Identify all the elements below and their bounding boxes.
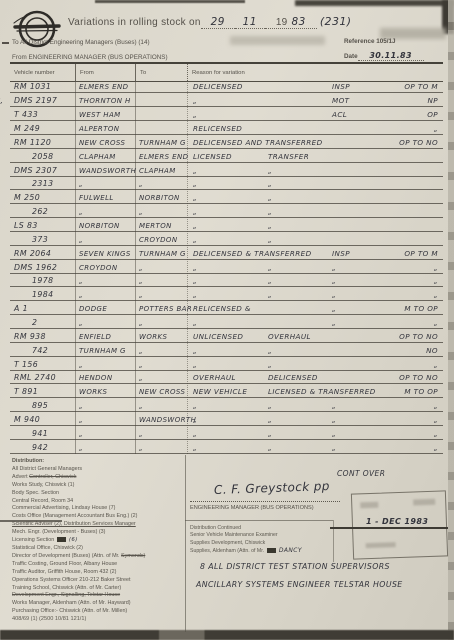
reason-text: UNLICENSED — [193, 332, 243, 341]
reason-text: LICENSED — [193, 152, 232, 161]
cont-over-note: CONT OVER — [337, 469, 385, 478]
reason-note: „ — [268, 207, 272, 216]
from-location: ENFIELD — [79, 333, 111, 341]
signature-line — [190, 501, 340, 502]
vehicle-number: A 1 — [14, 304, 28, 313]
table-row: t,DMS 2197THORNTON H„MOTNP — [10, 93, 443, 107]
status-note: „ — [434, 360, 438, 369]
to-location: „ — [139, 402, 143, 410]
reason-text: DELICENSED — [193, 82, 243, 91]
table-row: 895„„„„„„ — [10, 398, 443, 412]
from-location: DODGE — [79, 305, 107, 313]
reason-text: OVERHAUL — [193, 373, 236, 382]
distribution-item-text: Senior Vehicle Maintenance Examiner — [190, 532, 278, 538]
to-location: „ — [139, 347, 143, 355]
date-value: 30.11.83 — [369, 51, 412, 60]
reason-text: „ — [193, 360, 197, 369]
to-location: TURNHAM G — [139, 250, 186, 258]
status-note: OP TO NO — [399, 332, 438, 341]
reason-text: „ — [193, 276, 197, 285]
scan-artifact — [0, 630, 454, 640]
signature: C. F. Greystock pp — [214, 479, 330, 497]
reason-note: „ — [268, 443, 272, 452]
handwritten-note: ANCILLARY SYSTEMS ENGINEER TELSTAR HOUSE — [196, 580, 403, 589]
vehicle-number: DMS 2307 — [14, 166, 57, 175]
distribution-list: Distribution: All District General Manag… — [12, 458, 184, 616]
table-row: 941„„„„„„ — [10, 426, 443, 440]
status-note: „ — [434, 443, 438, 452]
distribution-item-text: Scientific Adviser (2), Distribution Ser… — [12, 521, 136, 527]
col-header-reason: Reason for variation — [187, 64, 443, 81]
status-note: „ — [434, 318, 438, 327]
to-location: „ — [139, 180, 143, 188]
vehicle-number: DMS 2197 — [14, 96, 57, 105]
distribution-item-text: Supplies, Aldenham (Attn. of Mr. — [190, 548, 266, 554]
vehicle-number: 895 — [32, 401, 48, 410]
col-header-from: From — [75, 64, 135, 81]
vehicle-number: M 249 — [14, 124, 40, 133]
distribution-item-text: Operations Systems Officer 210-212 Baker… — [12, 577, 131, 583]
reason-code: „ — [332, 304, 336, 313]
reason-code: „ — [332, 415, 336, 424]
table-row: RM 1120NEW CROSSTURNHAM GDELICENSED AND … — [10, 135, 443, 149]
reason-text: DELICENSED AND TRANSFERRED — [193, 138, 323, 147]
vehicle-number: 941 — [32, 429, 48, 438]
form-code: 408/69 (1) (2500 10/81 121/1) — [12, 616, 86, 622]
struck-text: Controller, Chiswick — [29, 474, 76, 480]
distribution-item-text: Body Spec. Section — [12, 490, 59, 496]
table-row: 373„CROYDON„„ — [10, 232, 443, 246]
from-location: SEVEN KINGS — [79, 250, 131, 258]
reason-code: „ — [332, 318, 336, 327]
scan-artifact — [442, 0, 454, 34]
vehicle-number: 2058 — [32, 152, 53, 161]
from-location: „ — [79, 277, 83, 285]
reason-text: DELICENSED & TRANSFERRED — [193, 249, 312, 258]
status-note: „ — [434, 415, 438, 424]
status-note: M TO OP — [404, 304, 438, 313]
margin-mark: t, — [0, 96, 3, 105]
reason-note: „ — [268, 166, 272, 175]
struck-text: Development Engr., Signalling, Telstar H… — [12, 592, 120, 598]
reason-code: „ — [332, 443, 336, 452]
distribution-item-text: Commercial Advertising, Lindsay House (7… — [12, 505, 115, 511]
reason-note: „ — [268, 263, 272, 272]
distribution-item-text: Statistical Office, Chiswick (2) — [12, 545, 83, 551]
vehicle-number: LS 83 — [14, 221, 38, 230]
vehicle-number: RM 938 — [14, 332, 46, 341]
vehicle-number: DMS 1962 — [14, 263, 57, 272]
handwritten-note: 8 ALL DISTRICT TEST STATION SUPERVISORS — [200, 562, 390, 571]
reason-note: DELICENSED — [268, 373, 318, 382]
reference: Reference 105/1J — [344, 38, 395, 45]
distribution-item: Licensing Section (6) — [12, 537, 184, 545]
distribution-continued-title: Distribution Continued — [190, 525, 332, 532]
distribution-title: Distribution: — [12, 458, 184, 466]
distribution-item-text: Training School, Chiswick (Attn. of Mr. … — [12, 585, 121, 591]
reason-code: INSP — [332, 249, 350, 258]
distribution-item-text: Director of Development (Buses) (Attn. o… — [12, 553, 121, 559]
ink-blot — [267, 548, 276, 553]
to-location: WORKS — [139, 333, 167, 341]
reason-text: „ — [193, 415, 197, 424]
vehicle-number: 942 — [32, 443, 48, 452]
distribution-item-text: All District General Managers — [12, 466, 82, 472]
to-location: CLAPHAM — [139, 167, 176, 175]
reason-text: RELICENSED — [193, 124, 242, 133]
scanned-document: Variations in rolling stock on29111983 (… — [0, 0, 454, 640]
reason-text: „ — [193, 235, 197, 244]
title-day: 29 — [211, 16, 225, 28]
reason-note: „ — [268, 179, 272, 188]
reason-text: „ — [193, 166, 197, 175]
reason-note: „ — [268, 290, 272, 299]
from-location: „ — [79, 236, 83, 244]
vehicle-number: RM 2064 — [14, 249, 51, 258]
from-location: „ — [79, 416, 83, 424]
reason-note: LICENSED & TRANSFERRED — [268, 387, 376, 396]
distribution-item: Supplies Development, Chiswick — [190, 540, 332, 547]
to-location: ELMERS END — [139, 153, 188, 161]
distribution-item: Supplies, Aldenham (Attn. of Mr. DANCY — [190, 547, 332, 555]
distribution-item: Costs Office (Management Accountant Bus … — [12, 513, 184, 521]
reason-code: „ — [332, 401, 336, 410]
reason-code: „ — [332, 429, 336, 438]
distribution-item: Scientific Adviser (2), Distribution Ser… — [12, 521, 184, 529]
reason-text: „ — [193, 290, 197, 299]
distribution-item-text: Costs Office (Management Accountant Bus … — [12, 513, 137, 519]
table-row: 1984„„„„„„ — [10, 287, 443, 301]
to-location: „ — [139, 374, 143, 382]
distribution-item: Central Record, Room 34 — [12, 498, 184, 506]
reason-code: MOT — [332, 96, 349, 105]
from-location: WANDSWORTH — [79, 167, 136, 175]
vehicle-number: RM 1031 — [14, 82, 51, 91]
distribution-item-text: Traffic Costing, Ground Floor, Albany Ho… — [12, 561, 117, 567]
reason-note: „ — [268, 346, 272, 355]
vehicle-number: 1978 — [32, 276, 53, 285]
distribution-item-text: Mech. Engr. (Development - Buses) (3) — [12, 529, 105, 535]
from-location: CLAPHAM — [79, 153, 116, 161]
status-note: OP TO NO — [399, 138, 438, 147]
title-month: 11 — [243, 16, 257, 28]
divider — [185, 520, 333, 521]
table-row: T 156„„„„„ — [10, 357, 443, 371]
to-location: „ — [139, 361, 143, 369]
to-location: TURNHAM G — [139, 139, 186, 147]
reason-note: „ — [268, 221, 272, 230]
reason-text: „ — [193, 318, 197, 327]
distribution-item: Mech. Engr. (Development - Buses) (3) — [12, 529, 184, 537]
distribution-item: Senior Vehicle Maintenance Examiner — [190, 532, 332, 539]
from-location: CROYDON — [79, 264, 117, 272]
vehicle-number: M 250 — [14, 193, 40, 202]
col-header-vehicle: Vehicle number — [10, 70, 75, 76]
distribution-item-text: Purchasing Office:- Chiswick (Attn. of M… — [12, 608, 127, 614]
status-note: „ — [434, 290, 438, 299]
scan-artifact — [448, 0, 454, 640]
distribution-item: Commercial Advertising, Lindsay House (7… — [12, 505, 184, 513]
from-location: ELMERS END — [79, 83, 128, 91]
distribution-item: Operations Systems Officer 210-212 Baker… — [12, 577, 184, 585]
vehicle-number: T 156 — [14, 360, 38, 369]
reason-text: „ — [193, 96, 197, 105]
distribution-item: Statistical Office, Chiswick (2) — [12, 545, 184, 553]
from-location: NEW CROSS — [79, 139, 125, 147]
table-row: 742TURNHAM G„„„NO — [10, 343, 443, 357]
reason-text: „ — [193, 193, 197, 202]
reason-note: „ — [268, 429, 272, 438]
reason-code: INSP — [332, 82, 350, 91]
vehicle-number: 2 — [32, 318, 37, 327]
to-location: „ — [139, 319, 143, 327]
to-location: „ — [139, 277, 143, 285]
to-location: NEW CROSS — [139, 388, 185, 396]
from-line: From ENGINEERING MANAGER (BUS OPERATIONS… — [12, 54, 168, 61]
from-location: „ — [79, 402, 83, 410]
from-location: ALPERTON — [79, 125, 119, 133]
table-row: M 250FULWELLNORBITON„„ — [10, 190, 443, 204]
vehicle-number: 1984 — [32, 290, 53, 299]
table-row: ·RML 2740HENDON„OVERHAULDELICENSEDOP TO … — [10, 371, 443, 385]
vehicle-number: RML 2740 — [14, 373, 56, 382]
reason-text: RELICENSED & — [193, 304, 251, 313]
vehicle-number: 373 — [32, 235, 48, 244]
scan-artifact — [95, 0, 245, 3]
distribution-item-text: Works Study, Chiswick (1) — [12, 482, 74, 488]
stamp-line — [330, 527, 448, 529]
divider — [185, 455, 186, 632]
reason-code: „ — [332, 276, 336, 285]
from-location: HENDON — [79, 374, 112, 382]
distribution-item: Development Engr., Signalling, Telstar H… — [12, 592, 184, 600]
reason-text: „ — [193, 443, 197, 452]
scan-artifact — [230, 36, 325, 45]
date-line: Date30.11.83 — [344, 51, 424, 61]
to-location: „ — [139, 430, 143, 438]
distribution-item-text: Licensing Section — [12, 537, 56, 543]
reason-text: „ — [193, 179, 197, 188]
reason-text: „ — [193, 401, 197, 410]
date-label: Date — [344, 53, 358, 60]
ink-blot — [57, 537, 66, 542]
table-body: RM 1031ELMERS ENDDELICENSEDINSPOP TO Mt,… — [10, 80, 443, 454]
reason-note: „ — [268, 235, 272, 244]
from-location: NORBITON — [79, 222, 120, 230]
to-line: To All District Engineering Managers (Bu… — [12, 39, 150, 46]
vehicle-number: 2313 — [32, 179, 53, 188]
from-location: „ — [79, 180, 83, 188]
to-location: NORBITON — [139, 194, 180, 202]
distribution-item-text: Advert — [12, 474, 29, 480]
table-row: 2313„„„„ — [10, 177, 443, 191]
status-note: OP TO NO — [399, 373, 438, 382]
distribution-item: Works Study, Chiswick (1) — [12, 482, 184, 490]
table-row: DMS 1962CROYDON„„„„„ — [10, 260, 443, 274]
from-location: „ — [79, 444, 83, 452]
vehicle-number: 742 — [32, 346, 48, 355]
table-row: M 249ALPERTONRELICENSED„ — [10, 121, 443, 135]
vehicle-number: 262 — [32, 207, 48, 216]
handwritten-addition: (6) — [67, 537, 78, 543]
reason-code: „ — [332, 290, 336, 299]
reason-text: „ — [193, 207, 197, 216]
distribution-item: All District General Managers — [12, 466, 184, 474]
vehicle-number: T 891 — [14, 387, 38, 396]
table-row: RM 938ENFIELDWORKSUNLICENSEDOVERHAULOP T… — [10, 329, 443, 343]
reason-note: „ — [268, 360, 272, 369]
scan-artifact — [2, 42, 9, 44]
distribution-item: Advert Controller, Chiswick — [12, 474, 184, 482]
handwritten-addition: DANCY — [277, 547, 302, 554]
table-row: RM 2064SEVEN KINGSTURNHAM GDELICENSED & … — [10, 246, 443, 260]
from-location: FULWELL — [79, 194, 114, 202]
to-location: WANDSWORTH — [139, 416, 196, 424]
vehicle-number: M 940 — [14, 415, 40, 424]
to-location: „ — [139, 291, 143, 299]
distribution-item-text: Supplies Development, Chiswick — [190, 540, 265, 546]
reason-text: „ — [193, 110, 197, 119]
table-row: 262„„„„ — [10, 204, 443, 218]
from-location: „ — [79, 361, 83, 369]
status-note: „ — [434, 276, 438, 285]
to-location: „ — [139, 208, 143, 216]
reason-text: „ — [193, 263, 197, 272]
table-row: DMS 2307WANDSWORTHCLAPHAM„„ — [10, 163, 443, 177]
distribution-item-text: Traffic Auditor, Griffith House, Room 43… — [12, 569, 116, 575]
from-location: „ — [79, 430, 83, 438]
status-note: „ — [434, 429, 438, 438]
status-note: NP — [427, 96, 438, 105]
from-location: „ — [79, 208, 83, 216]
reason-text: NEW VEHICLE — [193, 387, 247, 396]
from-location: WORKS — [79, 388, 107, 396]
struck-text: Symonds) — [121, 553, 145, 559]
to-location: POTTERS BAR — [139, 305, 192, 313]
status-note: NO — [426, 346, 438, 355]
reason-text: „ — [193, 346, 197, 355]
scan-artifact — [295, 0, 454, 6]
table-row: T 891WORKSNEW CROSSNEW VEHICLELICENSED &… — [10, 384, 443, 398]
from-location: „ — [79, 291, 83, 299]
reason-code: „ — [332, 263, 336, 272]
title-year-printed: 19 — [276, 17, 288, 28]
stamp-date: 1 - DEC 1983 — [366, 517, 428, 526]
from-location: „ — [79, 319, 83, 327]
page-title: Variations in rolling stock on29111983 (… — [68, 15, 351, 29]
status-note: „ — [434, 401, 438, 410]
to-location: „ — [139, 444, 143, 452]
distribution-item-text: Central Record, Room 34 — [12, 498, 73, 504]
distribution-continued: Distribution Continued Senior Vehicle Ma… — [190, 525, 332, 556]
distribution-item: Training School, Chiswick (Attn. of Mr. … — [12, 585, 184, 593]
signature-caption: ENGINEERING MANAGER (BUS OPERATIONS) — [190, 505, 314, 511]
col-header-to: To — [135, 64, 187, 81]
table-row: 2058CLAPHAMELMERS ENDLICENSEDTRANSFER — [10, 149, 443, 163]
table-row: LS 83NORBITONMERTON„„ — [10, 218, 443, 232]
distribution-item: Works Manager, Aldenham (Attn. of Mr. Ha… — [12, 600, 184, 608]
table-row: T 433WEST HAM„ACLOP — [10, 107, 443, 121]
status-note: M TO OP — [404, 387, 438, 396]
table-row: 942„„„„„„ — [10, 440, 443, 454]
table-row: RM 1031ELMERS ENDDELICENSEDINSPOP TO M — [10, 80, 443, 94]
distribution-item: Traffic Auditor, Griffith House, Room 43… — [12, 569, 184, 577]
to-location: CROYDON — [139, 236, 177, 244]
from-location: THORNTON H — [79, 97, 131, 105]
status-note: OP TO M — [404, 249, 438, 258]
table-row: A 1DODGEPOTTERS BARRELICENSED &„M TO OP — [10, 301, 443, 315]
vehicle-number: T 433 — [14, 110, 38, 119]
table-row: M 940„WANDSWORTH„„„„ — [10, 412, 443, 426]
status-note: „ — [434, 263, 438, 272]
table-row: 1978„„„„„„ — [10, 274, 443, 288]
from-location: TURNHAM G — [79, 347, 126, 355]
from-location: WEST HAM — [79, 111, 121, 119]
status-note: OP — [427, 110, 438, 119]
reason-note: „ — [268, 401, 272, 410]
reason-note: „ — [268, 415, 272, 424]
to-location: „ — [139, 264, 143, 272]
to-location: MERTON — [139, 222, 172, 230]
reason-note: „ — [268, 193, 272, 202]
vehicle-number: RM 1120 — [14, 138, 51, 147]
reason-text: „ — [193, 429, 197, 438]
status-note: „ — [434, 124, 438, 133]
reason-note: OVERHAUL — [268, 332, 311, 341]
status-note: OP TO M — [404, 82, 438, 91]
distribution-item: Director of Development (Buses) (Attn. o… — [12, 553, 184, 561]
distribution-item: Body Spec. Section — [12, 490, 184, 498]
table-row: 2„„„„„ — [10, 315, 443, 329]
reason-note: TRANSFER — [268, 152, 309, 161]
distribution-item-text: Works Manager, Aldenham (Attn. of Mr. Ha… — [12, 600, 131, 606]
distribution-item: Traffic Costing, Ground Floor, Albany Ho… — [12, 561, 184, 569]
title-serial: (231) — [320, 15, 352, 28]
reason-note: „ — [268, 276, 272, 285]
title-year: 83 — [292, 16, 306, 28]
title-label: Variations in rolling stock on — [68, 17, 201, 28]
reason-text: „ — [193, 221, 197, 230]
distribution-item: Purchasing Office:- Chiswick (Attn. of M… — [12, 608, 184, 616]
reason-code: ACL — [332, 110, 347, 119]
